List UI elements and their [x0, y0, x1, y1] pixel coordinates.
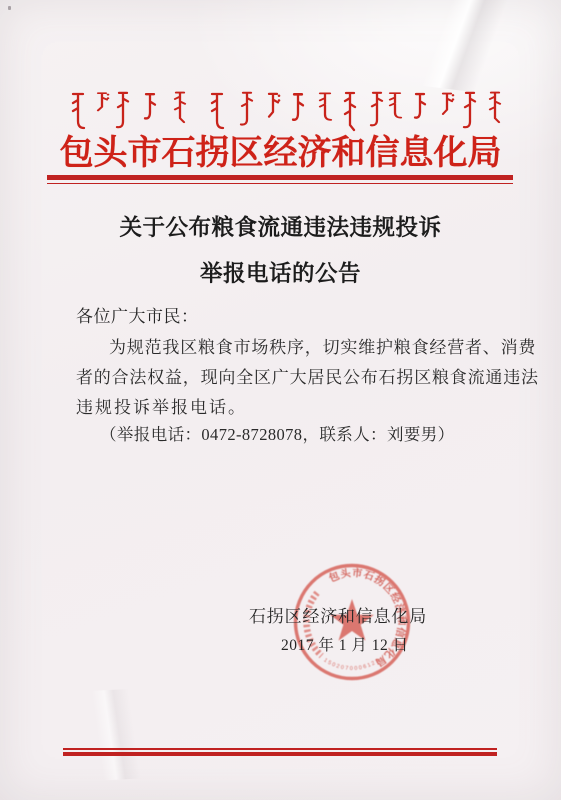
header-rule-thin: [47, 183, 513, 185]
footer-rule-thick: [63, 752, 497, 756]
paper-crease: [0, 682, 262, 788]
letterhead-agency-name: 包头市石拐区经济和信息化局: [0, 125, 561, 174]
header-rule-thick: [47, 175, 513, 180]
signoff-agency: 石拐区经济和信息化局: [249, 602, 427, 627]
scanned-document-page: 包头市石拐区经济和信息化局 关于公布粮食流通违法违规投诉 举报电话的公告 各位广…: [0, 0, 561, 800]
contact-phone-line: （举报电话：0472-8728078，联系人：刘要男）: [100, 421, 455, 445]
salutation: 各位广大市民：: [76, 302, 199, 327]
notice-title-line1: 关于公布粮食流通违法违规投诉: [0, 210, 561, 242]
paragraph-line: 者的合法权益，现向全区广大居民公布石拐区粮食流通违法: [76, 363, 539, 388]
notice-title-line2: 举报电话的公告: [0, 256, 561, 288]
footer-rule-thin: [63, 748, 497, 750]
signoff-date: 2017 年 1 月 12 日: [281, 633, 409, 655]
paragraph-line: 为规范我区粮食市场秩序，切实维护粮食经营者、消费: [109, 333, 536, 358]
paragraph-line: 违规投诉举报电话。: [76, 393, 247, 418]
scan-speck: [8, 6, 11, 10]
